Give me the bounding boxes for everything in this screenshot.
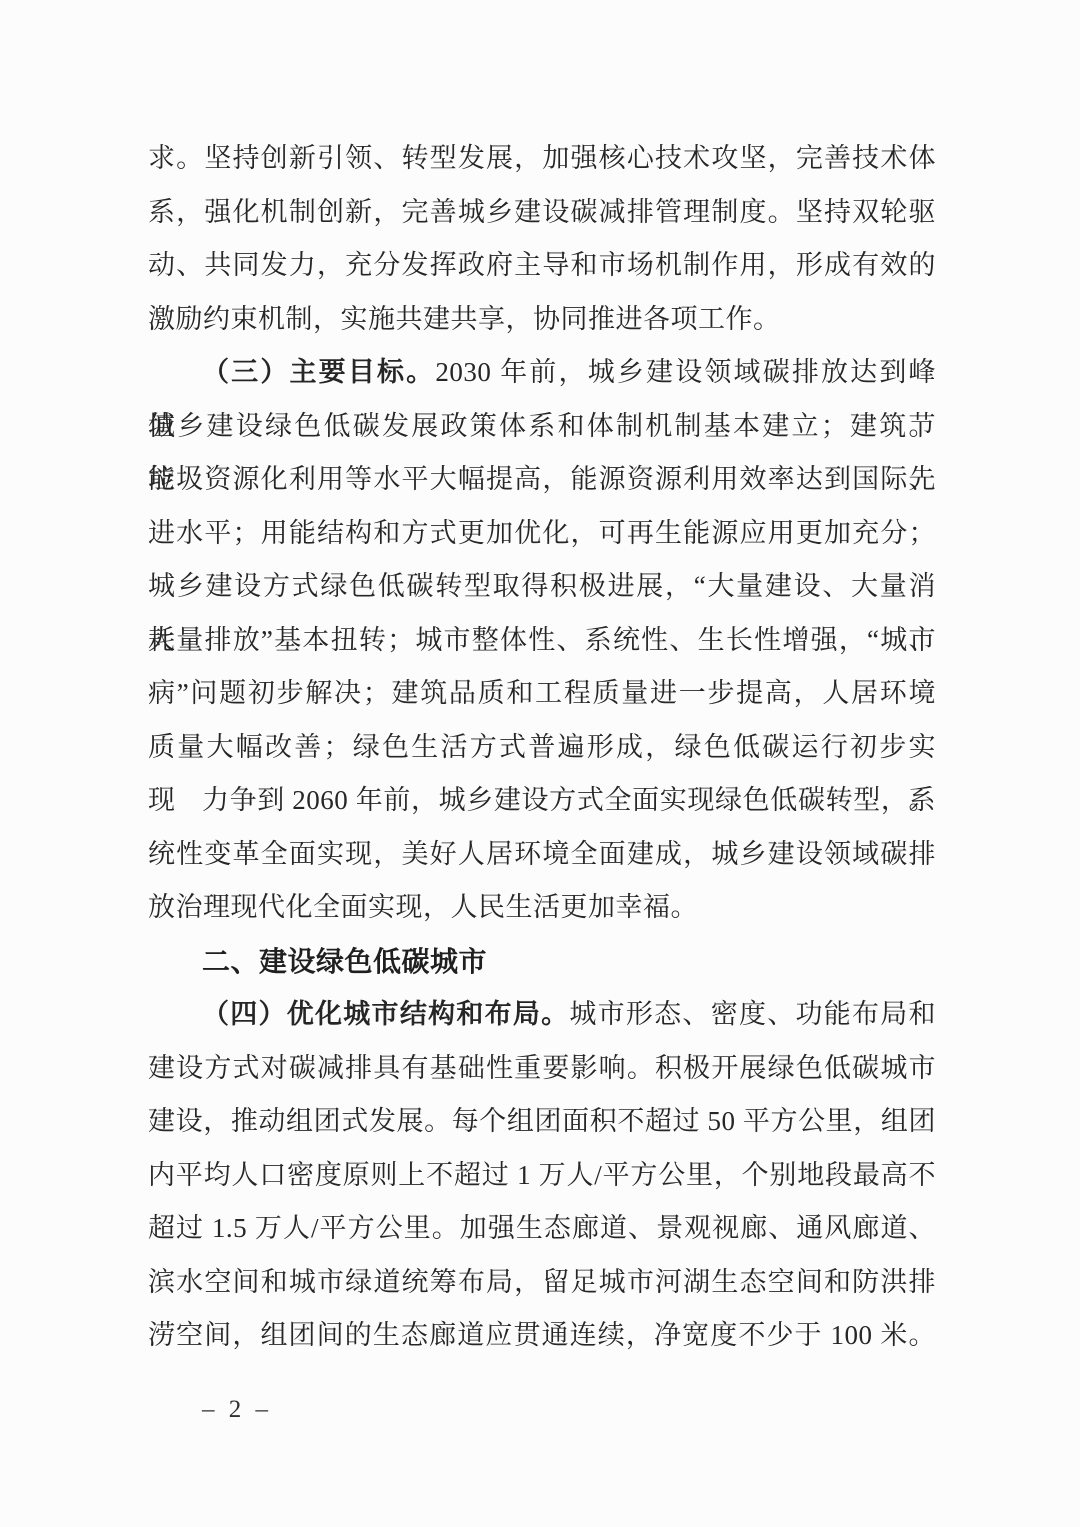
- page-number: – 2 –: [202, 1396, 272, 1424]
- text-line: 涝空间，组团间的生态廊道应贯通连续，净宽度不少于 100 米。: [148, 1309, 936, 1363]
- document-body: 求。坚持创新引领、转型发展，加强核心技术攻坚，完善技术体系，强化机制创新，完善城…: [148, 132, 936, 1363]
- text-line: （四）优化城市结构和布局。城市形态、密度、功能布局和: [148, 988, 936, 1042]
- text-line: 垃圾资源化利用等水平大幅提高，能源资源利用效率达到国际先: [148, 453, 936, 507]
- text-line: 质量大幅改善；绿色生活方式普遍形成，绿色低碳运行初步实现。: [148, 721, 936, 775]
- text-line: 动、共同发力，充分发挥政府主导和市场机制作用，形成有效的: [148, 239, 936, 293]
- text-line: 城乡建设方式绿色低碳转型取得积极进展，“大量建设、大量消耗、: [148, 560, 936, 614]
- paragraph-lead: （四）优化城市结构和布局。: [202, 999, 569, 1029]
- text-line: （三）主要目标。2030 年前，城乡建设领域碳排放达到峰值。: [148, 346, 936, 400]
- paragraph-lead: （三）主要目标。: [202, 357, 435, 387]
- text-line: 建设方式对碳减排具有基础性重要影响。积极开展绿色低碳城市: [148, 1042, 936, 1096]
- document-page: 求。坚持创新引领、转型发展，加强核心技术攻坚，完善技术体系，强化机制创新，完善城…: [0, 0, 1080, 1527]
- text-segment: 城市形态、密度、功能布局和: [569, 999, 936, 1029]
- text-line: 大量排放”基本扭转；城市整体性、系统性、生长性增强，“城市: [148, 614, 936, 668]
- text-line: 系，强化机制创新，完善城乡建设碳减排管理制度。坚持双轮驱: [148, 186, 936, 240]
- text-line: 病”问题初步解决；建筑品质和工程质量进一步提高，人居环境: [148, 667, 936, 721]
- text-line: 进水平；用能结构和方式更加优化，可再生能源应用更加充分；: [148, 507, 936, 561]
- text-line: 超过 1.5 万人/平方公里。加强生态廊道、景观视廊、通风廊道、: [148, 1202, 936, 1256]
- text-line: 放治理现代化全面实现，人民生活更加幸福。: [148, 881, 936, 935]
- text-line: 统性变革全面实现，美好人居环境全面建成，城乡建设领域碳排: [148, 828, 936, 882]
- text-line: 城乡建设绿色低碳发展政策体系和体制机制基本建立；建筑节能、: [148, 400, 936, 454]
- text-line: 激励约束机制，实施共建共享，协同推进各项工作。: [148, 293, 936, 347]
- text-line: 内平均人口密度原则上不超过 1 万人/平方公里，个别地段最高不: [148, 1149, 936, 1203]
- text-line: 力争到 2060 年前，城乡建设方式全面实现绿色低碳转型，系: [148, 774, 936, 828]
- section-heading: 二、建设绿色低碳城市: [148, 935, 936, 989]
- text-line: 滨水空间和城市绿道统筹布局，留足城市河湖生态空间和防洪排: [148, 1256, 936, 1310]
- text-line: 建设，推动组团式发展。每个组团面积不超过 50 平方公里，组团: [148, 1095, 936, 1149]
- text-line: 求。坚持创新引领、转型发展，加强核心技术攻坚，完善技术体: [148, 132, 936, 186]
